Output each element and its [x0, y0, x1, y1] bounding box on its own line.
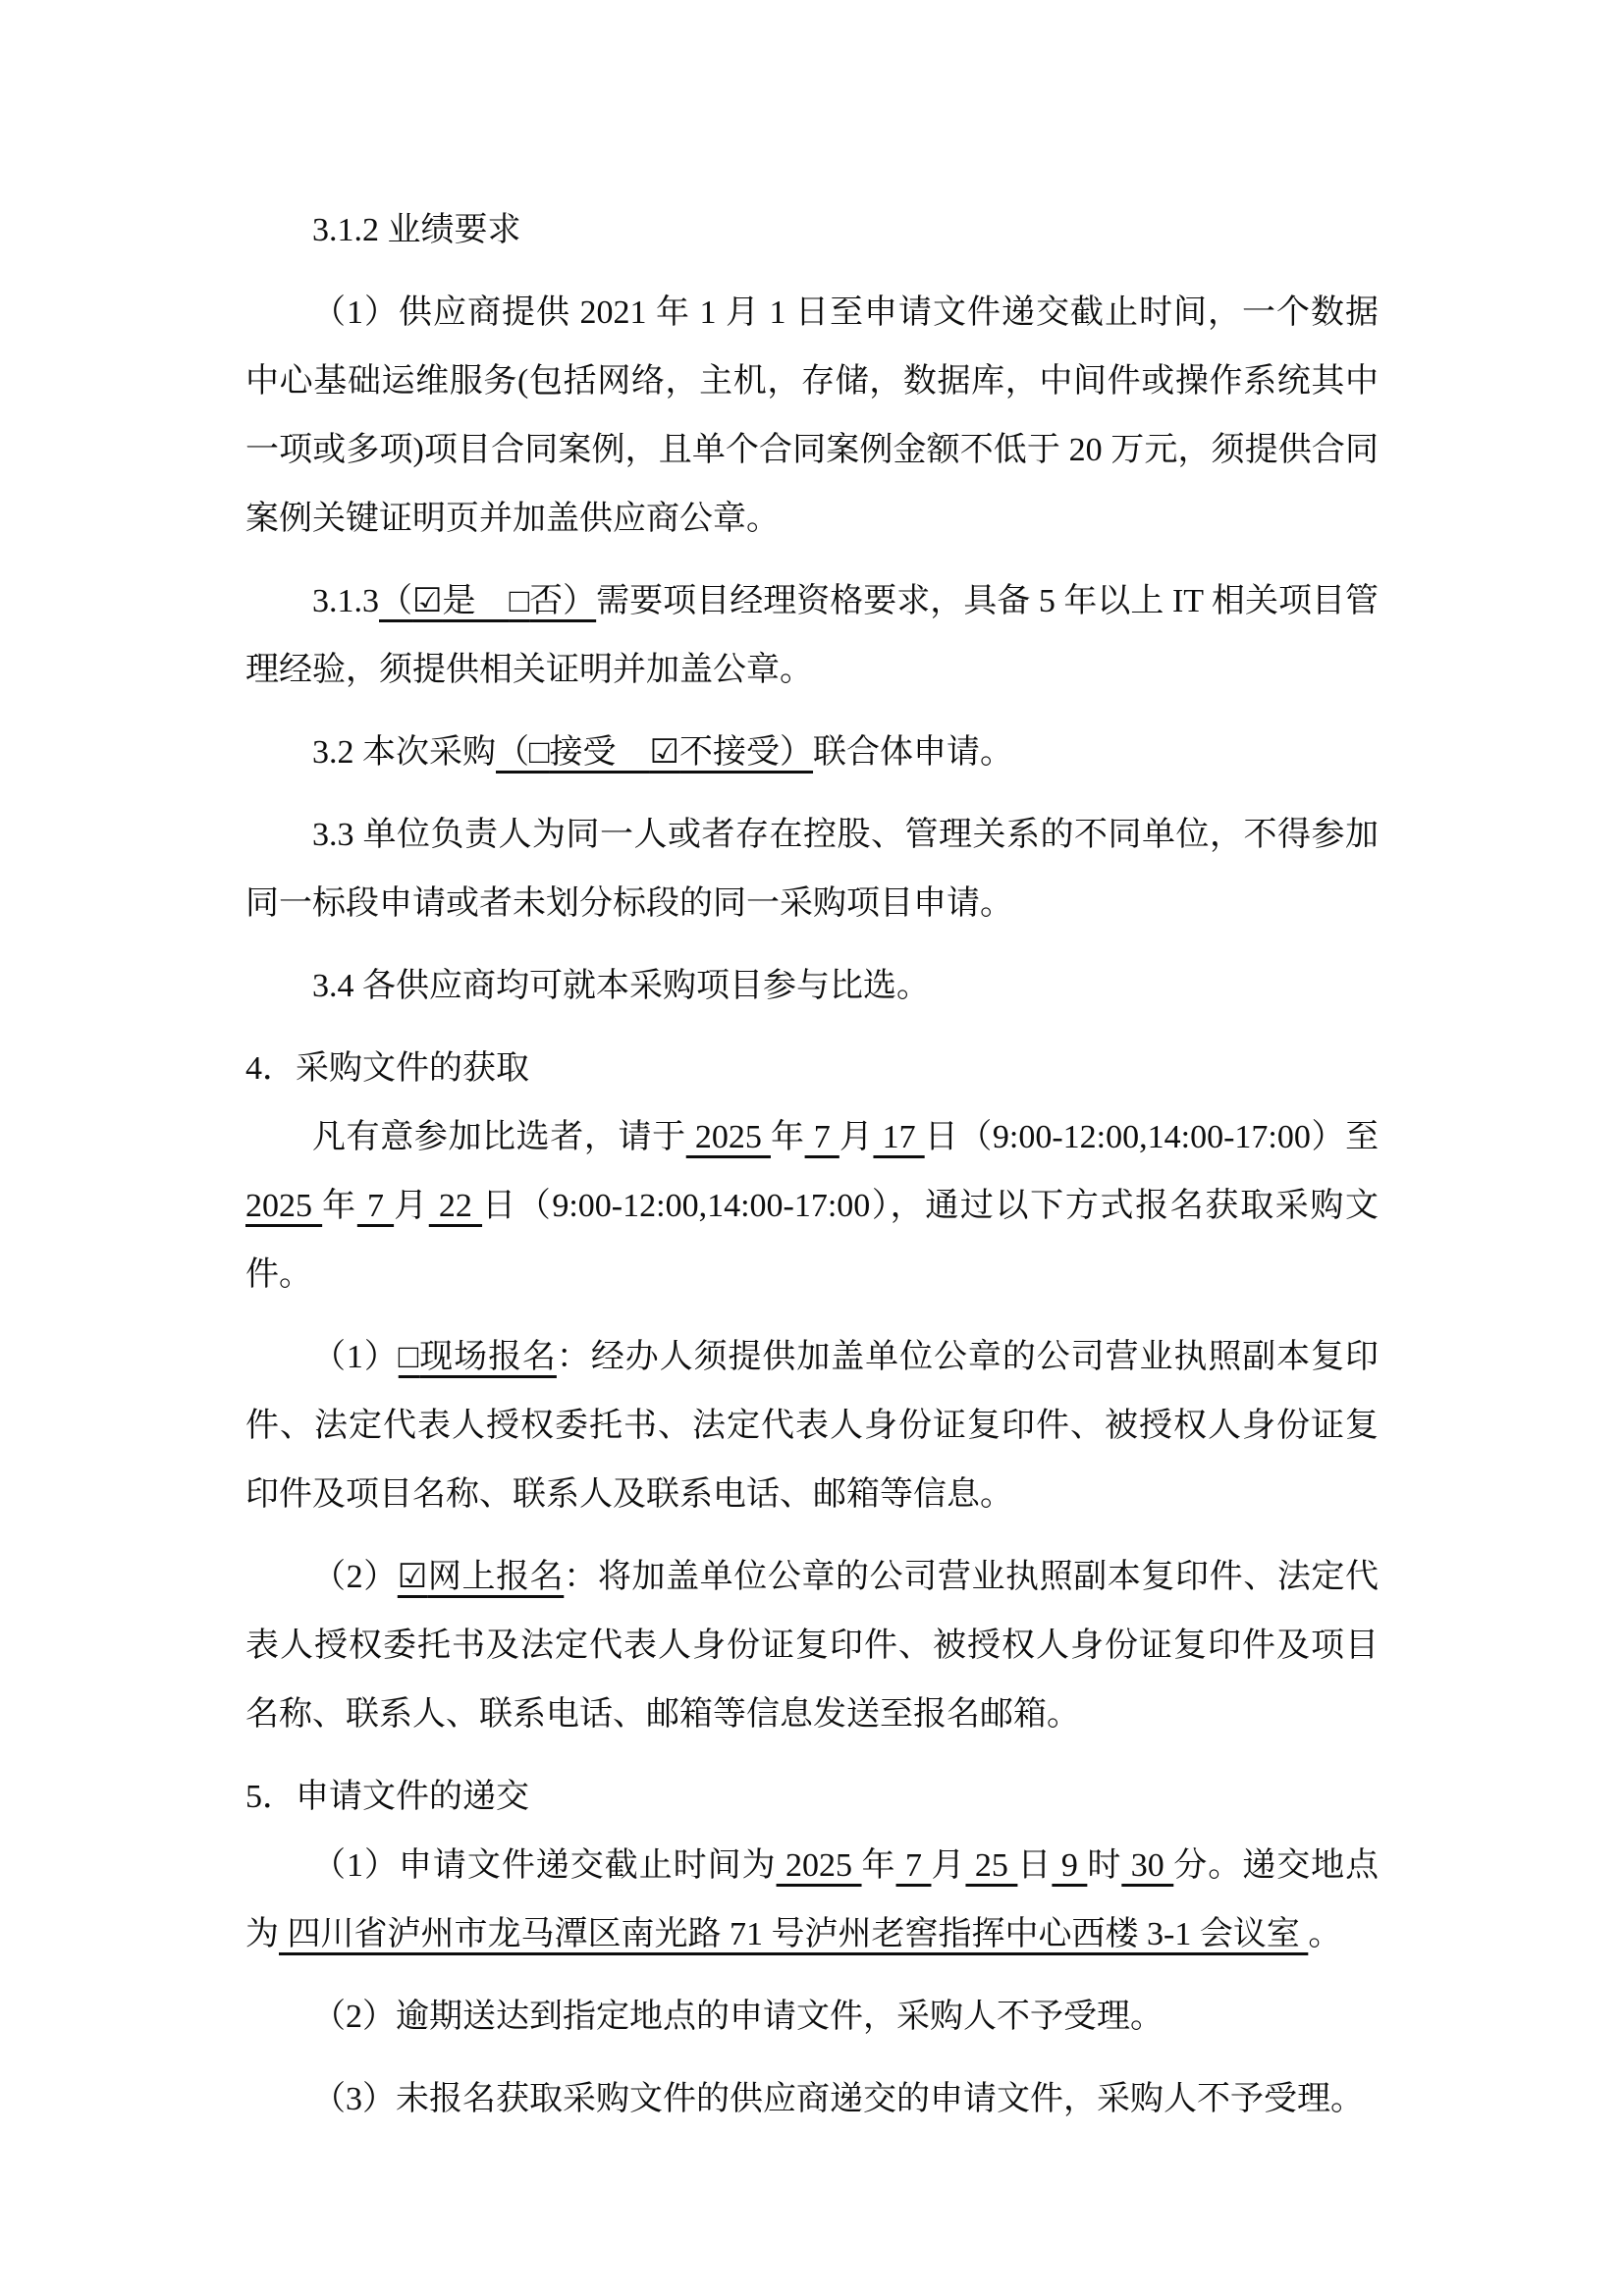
checkbox-empty-icon: □ [529, 734, 550, 771]
text-run: 月 [394, 1188, 429, 1224]
section-4-item-2: （2）☑网上报名：将加盖单位公章的公司营业执照副本复印件、法定代表人授权委托书及… [245, 1543, 1379, 1749]
clause-3-4: 3.4 各供应商均可就本采购项目参与比选。 [245, 952, 1379, 1021]
section-4-item-1: （1）□现场报名：经办人须提供加盖单位公章的公司营业执照副本复印件、法定代表人授… [245, 1323, 1379, 1529]
text-run: 日（9:00-12:00,14:00-17:00）至 [925, 1119, 1379, 1155]
text-run: 网上报名 [427, 1559, 564, 1595]
text-run: 2025 [245, 1188, 322, 1224]
text-run: 是 [443, 583, 510, 619]
text-run: （1）供应商提供 2021 年 1 月 1 日至申请文件递交截止时间，一个数据中… [245, 294, 1379, 537]
text-run: 日 [1017, 1847, 1052, 1884]
text-run: 3.4 各供应商均可就本采购项目参与比选。 [312, 968, 930, 1004]
text-run: 7 [896, 1847, 932, 1884]
text-run: 30 [1121, 1847, 1173, 1884]
text-run: 联合体申请。 [813, 734, 1013, 771]
text-run: 凡有意参加比选者，请于 [312, 1119, 686, 1155]
text-run: 否） [529, 583, 596, 619]
section-5-item-1: （1）申请文件递交截止时间为 2025 年 7 月 25 日 9 时 30 分。… [245, 1832, 1379, 1969]
text-run: 3.1.2 业绩要求 [312, 212, 521, 248]
document-page: 3.1.2 业绩要求 （1）供应商提供 2021 年 1 月 1 日至申请文件递… [0, 0, 1624, 2296]
text-run: 现场报名 [419, 1339, 557, 1375]
checkbox-checked-icon: ☑ [650, 734, 679, 771]
text-run: （2）逾期送达到指定地点的申请文件，采购人不予受理。 [312, 1999, 1164, 2035]
checkbox-checked-icon: ☑ [412, 583, 442, 619]
checkbox-empty-icon: □ [510, 583, 530, 619]
text-run: 3.1.3 [312, 583, 379, 619]
text-run: 3.3 单位负责人为同一人或者存在控股、管理关系的不同单位，不得参加同一标段申请… [245, 817, 1379, 922]
text-run: 17 [873, 1119, 924, 1155]
text-run: 年 [771, 1119, 805, 1155]
text-run: 月 [839, 1119, 874, 1155]
section-5-heading: 5．申请文件的递交 [245, 1763, 1379, 1832]
text-run: （1）申请文件递交截止时间为 [312, 1847, 777, 1884]
text-run: （ [379, 583, 412, 619]
text-run: 不接受） [679, 734, 813, 771]
text-run: 9 [1052, 1847, 1087, 1884]
clause-3-3: 3.3 单位负责人为同一人或者存在控股、管理关系的不同单位，不得参加同一标段申请… [245, 801, 1379, 938]
text-run: 2025 [686, 1119, 771, 1155]
section-5-item-2: （2）逾期送达到指定地点的申请文件，采购人不予受理。 [245, 1983, 1379, 2052]
document-content: 3.1.2 业绩要求 （1）供应商提供 2021 年 1 月 1 日至申请文件递… [245, 196, 1379, 2148]
text-run: 25 [965, 1847, 1017, 1884]
text-run: 5．申请文件的递交 [245, 1779, 529, 1815]
text-run: 7 [805, 1119, 839, 1155]
text-run: （ [496, 734, 529, 771]
clause-3-1-2-item-1: （1）供应商提供 2021 年 1 月 1 日至申请文件递交截止时间，一个数据中… [245, 279, 1379, 554]
section-4-heading: 4．采购文件的获取 [245, 1035, 1379, 1103]
text-run: 3.2 本次采购 [312, 734, 496, 771]
text-run: 2025 [777, 1847, 862, 1884]
checkbox-empty-icon: □ [399, 1339, 419, 1375]
text-run: 22 [429, 1188, 482, 1224]
text-run: 年 [322, 1188, 357, 1224]
text-run: 年 [862, 1847, 896, 1884]
checkbox-checked-icon: ☑ [398, 1559, 427, 1595]
text-run: 。 [1308, 1916, 1341, 1952]
clause-3-2: 3.2 本次采购（□接受 ☑不接受）联合体申请。 [245, 719, 1379, 787]
clause-3-1-2: 3.1.2 业绩要求 [245, 196, 1379, 265]
text-run: （1） [312, 1339, 399, 1375]
text-run: 月 [931, 1847, 965, 1884]
section-4-intro: 凡有意参加比选者，请于 2025 年 7 月 17 日（9:00-12:00,1… [245, 1103, 1379, 1309]
text-run: （2） [312, 1559, 398, 1595]
text-run: 4．采购文件的获取 [245, 1050, 529, 1087]
text-run: 四川省泸州市龙马潭区南光路 71 号泸州老窖指挥中心西楼 3-1 会议室 [279, 1916, 1308, 1952]
section-5-item-3: （3）未报名获取采购文件的供应商递交的申请文件，采购人不予受理。 [245, 2065, 1379, 2134]
text-run: 接受 [550, 734, 650, 771]
text-run: （3）未报名获取采购文件的供应商递交的申请文件，采购人不予受理。 [312, 2081, 1364, 2117]
text-run: 7 [357, 1188, 394, 1224]
clause-3-1-3: 3.1.3（☑是 □否）需要项目经理资格要求，具备 5 年以上 IT 相关项目管… [245, 567, 1379, 705]
text-run: 时 [1087, 1847, 1121, 1884]
